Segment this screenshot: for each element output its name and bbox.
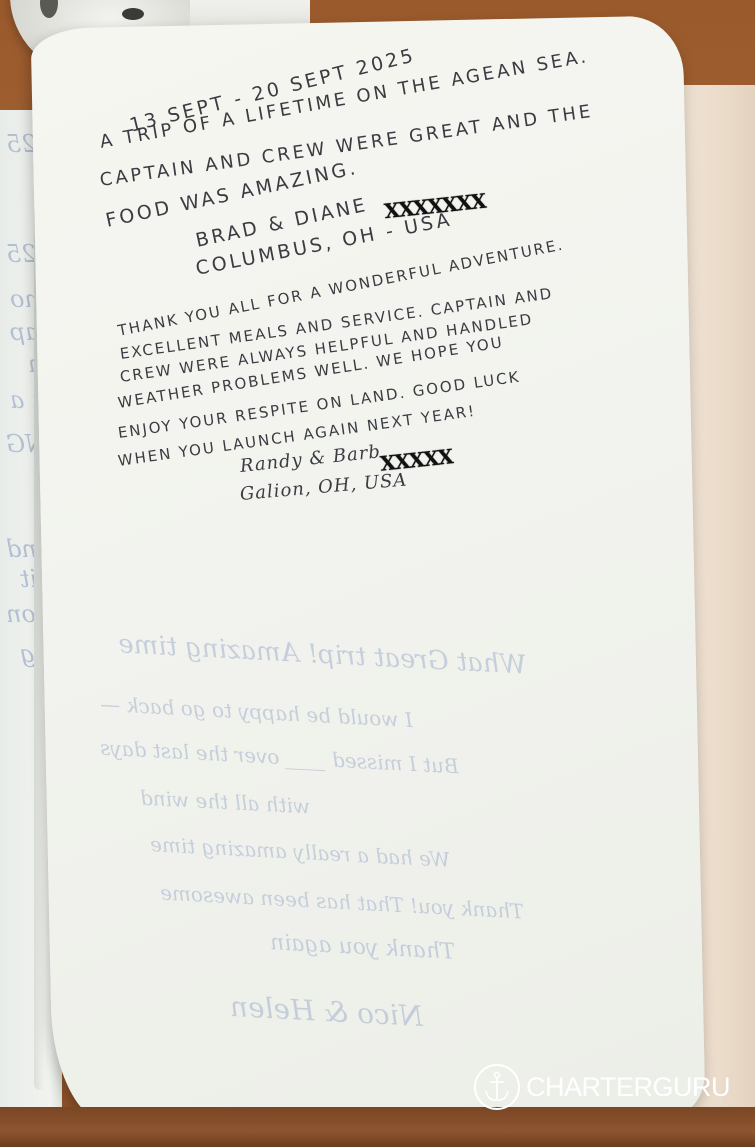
- wooden-table: [0, 1107, 755, 1147]
- photo-scene: 2025 2025 amo cap m u a NG and it gon g …: [0, 0, 755, 1147]
- anchor-icon: [474, 1064, 520, 1110]
- watermark: CHARTERGURU: [474, 1064, 730, 1110]
- object-shadow: [40, 0, 58, 18]
- brand-name: CHARTERGURU: [526, 1072, 730, 1103]
- object-hole: [122, 8, 144, 20]
